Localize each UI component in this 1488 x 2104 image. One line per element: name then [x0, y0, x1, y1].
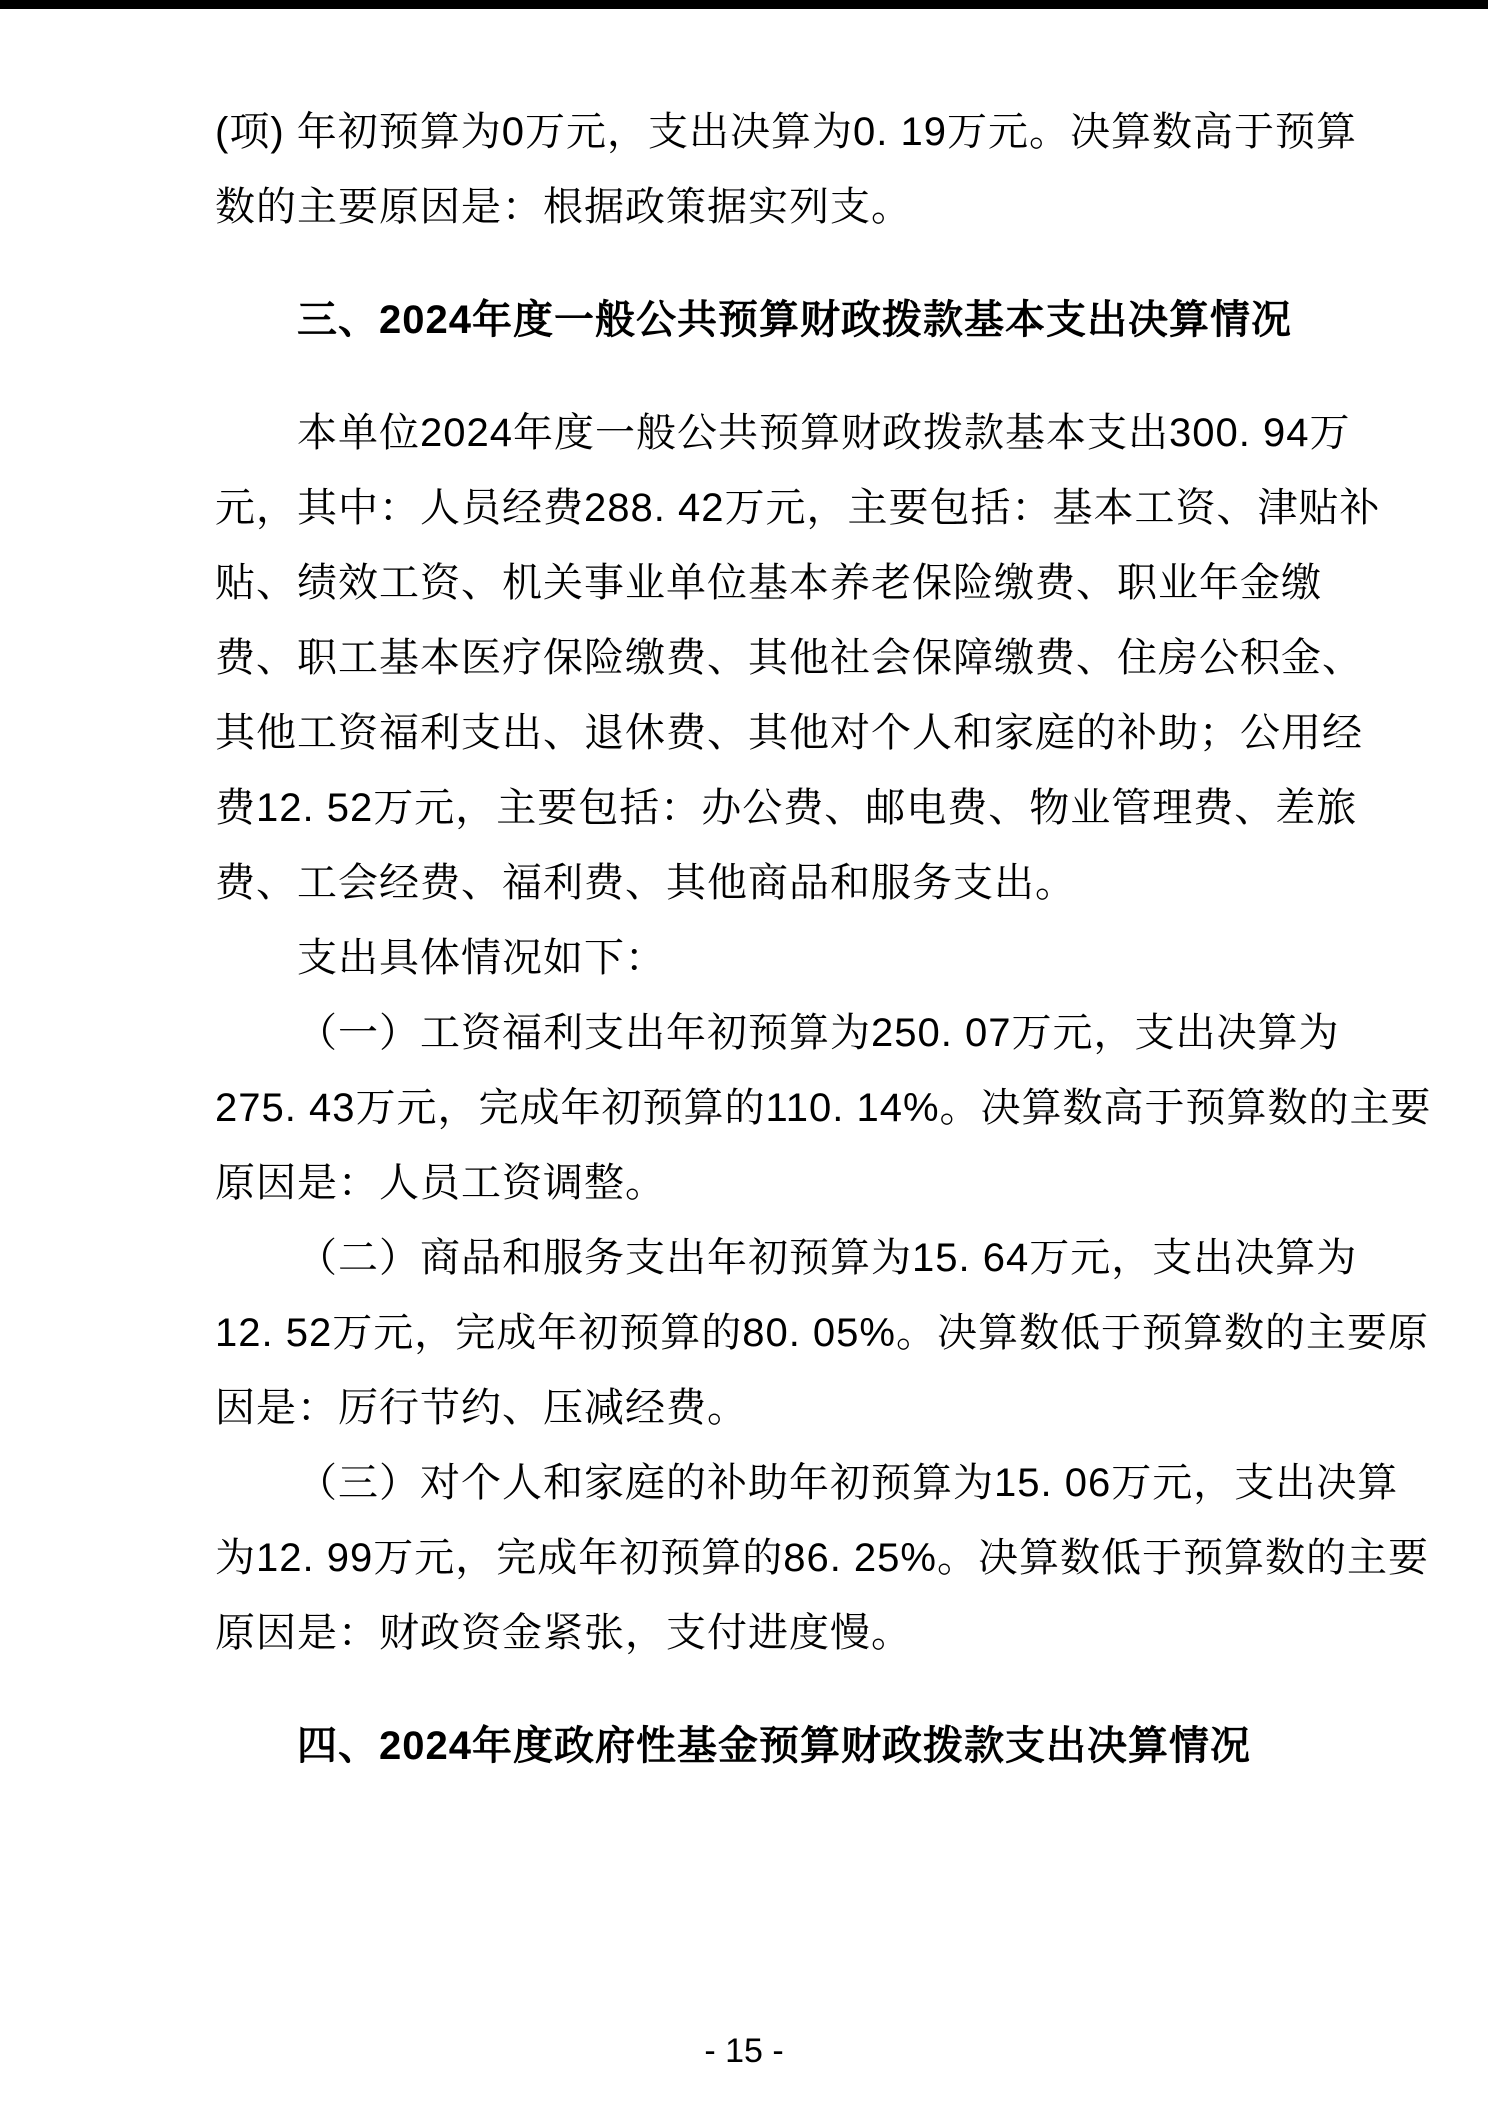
- paragraph: （一）工资福利支出年初预算为250. 07万元，支出决算为275. 43万元，完…: [215, 996, 1298, 1221]
- text-line: 12. 52万元，完成年初预算的80. 05%。决算数低于预算数的主要原: [215, 1296, 1298, 1371]
- paragraph: 支出具体情况如下：: [215, 921, 1298, 996]
- section-heading: 三、2024年度一般公共预算财政拨款基本支出决算情况: [215, 283, 1298, 358]
- text-line: 为12. 99万元，完成年初预算的86. 25%。决算数低于预算数的主要: [215, 1521, 1298, 1596]
- section-heading: 四、2024年度政府性基金预算财政拨款支出决算情况: [215, 1709, 1298, 1784]
- text-line: 原因是：财政资金紧张，支付进度慢。: [215, 1596, 1298, 1671]
- paragraph: （二）商品和服务支出年初预算为15. 64万元，支出决算为12. 52万元，完成…: [215, 1221, 1298, 1446]
- paragraph: (项) 年初预算为0万元，支出决算为0. 19万元。决算数高于预算数的主要原因是…: [215, 95, 1298, 245]
- text-line: 贴、绩效工资、机关事业单位基本养老保险缴费、职业年金缴: [215, 546, 1298, 621]
- document-page: (项) 年初预算为0万元，支出决算为0. 19万元。决算数高于预算数的主要原因是…: [0, 0, 1488, 2104]
- text-line: 费12. 52万元，主要包括：办公费、邮电费、物业管理费、差旅: [215, 771, 1298, 846]
- text-line: （三）对个人和家庭的补助年初预算为15. 06万元，支出决算: [215, 1446, 1298, 1521]
- text-line: 275. 43万元，完成年初预算的110. 14%。决算数高于预算数的主要: [215, 1071, 1298, 1146]
- text-line: 支出具体情况如下：: [215, 921, 1298, 996]
- scan-edge-bar: [0, 0, 1488, 9]
- text-line: 本单位2024年度一般公共预算财政拨款基本支出300. 94万: [215, 396, 1298, 471]
- text-line: 其他工资福利支出、退休费、其他对个人和家庭的补助；公用经: [215, 696, 1298, 771]
- text-line: 原因是：人员工资调整。: [215, 1146, 1298, 1221]
- page-number: - 15 -: [704, 2032, 783, 2070]
- text-line: (项) 年初预算为0万元，支出决算为0. 19万元。决算数高于预算: [215, 95, 1298, 170]
- text-line: 四、2024年度政府性基金预算财政拨款支出决算情况: [215, 1709, 1298, 1784]
- paragraph: 本单位2024年度一般公共预算财政拨款基本支出300. 94万元，其中：人员经费…: [215, 396, 1298, 921]
- text-line: 数的主要原因是：根据政策据实列支。: [215, 170, 1298, 245]
- paragraph: （三）对个人和家庭的补助年初预算为15. 06万元，支出决算为12. 99万元，…: [215, 1446, 1298, 1671]
- text-line: 三、2024年度一般公共预算财政拨款基本支出决算情况: [215, 283, 1298, 358]
- text-line: 费、工会经费、福利费、其他商品和服务支出。: [215, 846, 1298, 921]
- document-body: (项) 年初预算为0万元，支出决算为0. 19万元。决算数高于预算数的主要原因是…: [0, 9, 1488, 1822]
- text-line: 费、职工基本医疗保险缴费、其他社会保障缴费、住房公积金、: [215, 621, 1298, 696]
- text-line: （二）商品和服务支出年初预算为15. 64万元，支出决算为: [215, 1221, 1298, 1296]
- text-line: （一）工资福利支出年初预算为250. 07万元，支出决算为: [215, 996, 1298, 1071]
- page-footer: - 15 -: [0, 2030, 1488, 2072]
- text-line: 因是：厉行节约、压减经费。: [215, 1371, 1298, 1446]
- text-line: 元，其中：人员经费288. 42万元，主要包括：基本工资、津贴补: [215, 471, 1298, 546]
